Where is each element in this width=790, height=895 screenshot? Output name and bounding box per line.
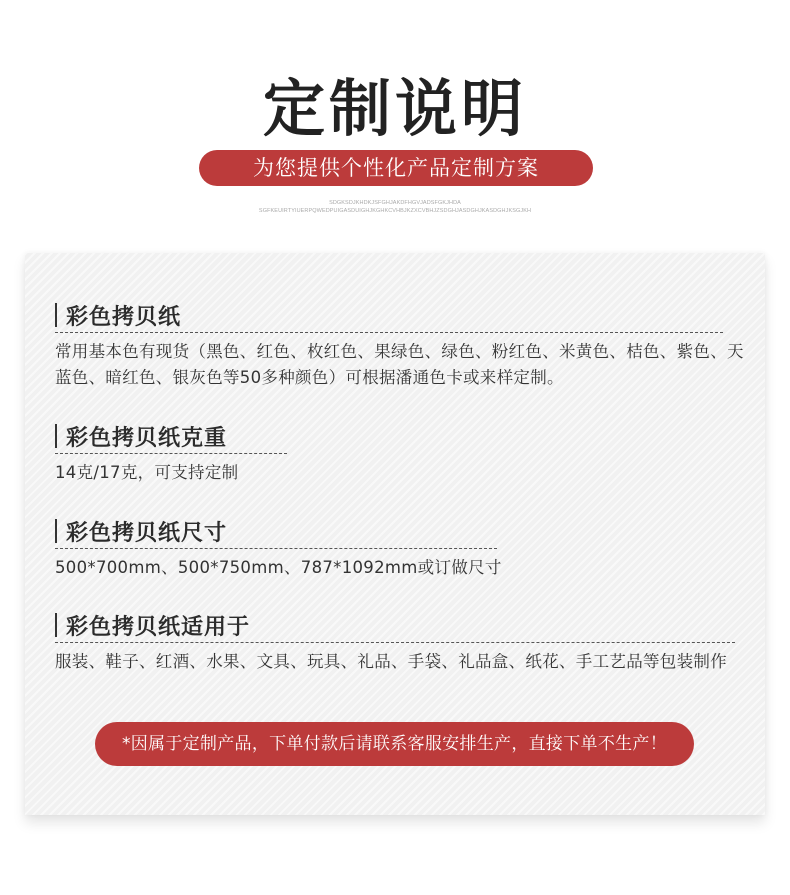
decorative-text-line-2: SGFKEUIRTYIUERPQWEDPUIGASDUIGHJKGHKCVHBJ…: [0, 207, 790, 215]
section-heading: 彩色拷贝纸: [55, 300, 723, 330]
heading-bar-icon: [55, 303, 57, 327]
section-heading: 彩色拷贝纸克重: [55, 421, 287, 451]
info-panel: 彩色拷贝纸 常用基本色有现货（黑色、红色、枚红色、果绿色、绿色、粉红色、米黄色、…: [25, 253, 765, 815]
section-heading-label: 彩色拷贝纸: [66, 300, 181, 331]
section-text: 500*700mm、500*750mm、787*1092mm或订做尺寸: [55, 555, 502, 581]
decorative-text-line-1: SDGKSDJKHDKJSFGHJAKDFHGVJADSFGKJHDA: [0, 199, 790, 207]
section-heading-label: 彩色拷贝纸尺寸: [66, 516, 227, 547]
section-color-paper: 彩色拷贝纸 常用基本色有现货（黑色、红色、枚红色、果绿色、绿色、粉红色、米黄色、…: [55, 300, 723, 391]
custom-order-notice: *因属于定制产品，下单付款后请联系客服安排生产，直接下单不生产！: [95, 722, 694, 766]
section-heading: 彩色拷贝纸适用于: [55, 610, 745, 640]
heading-bar-icon: [55, 519, 57, 543]
section-heading: 彩色拷贝纸尺寸: [55, 516, 502, 546]
heading-bar-icon: [55, 613, 57, 637]
section-usage: 彩色拷贝纸适用于 服装、鞋子、红酒、水果、文具、玩具、礼品、手袋、礼品盒、纸花、…: [55, 610, 745, 675]
section-heading-label: 彩色拷贝纸克重: [66, 421, 227, 452]
section-weight: 彩色拷贝纸克重 14克/17克，可支持定制: [55, 421, 287, 486]
dashed-divider: [55, 642, 735, 643]
dashed-divider: [55, 453, 287, 454]
page-title: 定制说明: [0, 70, 790, 148]
section-text: 14克/17克，可支持定制: [55, 460, 287, 486]
subtitle-banner: 为您提供个性化产品定制方案: [199, 150, 593, 186]
section-text: 常用基本色有现货（黑色、红色、枚红色、果绿色、绿色、粉红色、米黄色、桔色、紫色、…: [55, 339, 745, 391]
section-heading-label: 彩色拷贝纸适用于: [66, 610, 250, 641]
section-text: 服装、鞋子、红酒、水果、文具、玩具、礼品、手袋、礼品盒、纸花、手工艺品等包装制作: [55, 649, 745, 675]
section-size: 彩色拷贝纸尺寸 500*700mm、500*750mm、787*1092mm或订…: [55, 516, 502, 581]
heading-bar-icon: [55, 424, 57, 448]
dashed-divider: [55, 548, 497, 549]
dashed-divider: [55, 332, 723, 333]
